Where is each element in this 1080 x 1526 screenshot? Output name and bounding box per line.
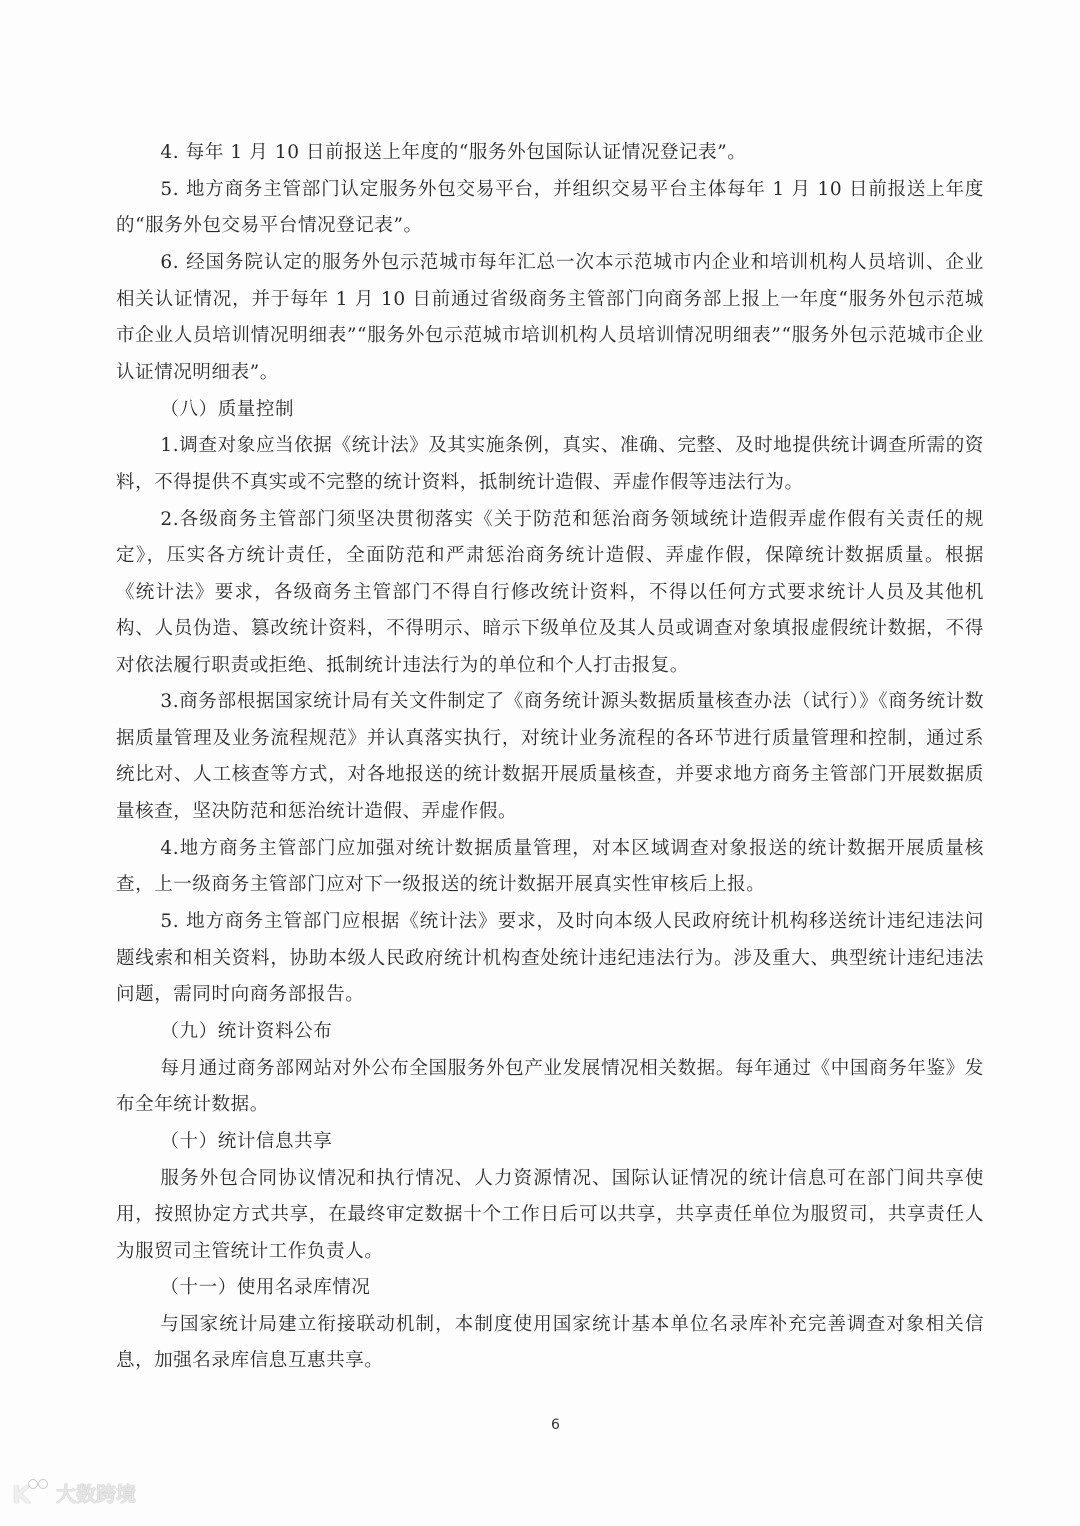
paragraph-quality-4: 4.地方商务主管部门应加强对统计数据质量管理，对本区域调查对象报送的统计数据开展… xyxy=(116,831,984,904)
paragraph-quality-2: 2.各级商务主管部门须坚决贯彻落实《关于防范和惩治商务领域统计造假弄虚作假有关责… xyxy=(116,502,984,685)
paragraph-item-5-trading-platform: 5. 地方商务主管部门认定服务外包交易平台，并组织交易平台主体每年 1 月 10… xyxy=(116,172,984,245)
page-number: 6 xyxy=(551,1417,560,1433)
paragraph-quality-1: 1.调查对象应当依据《统计法》及其实施条例，真实、准确、完整、及时地提供统计调查… xyxy=(116,428,984,501)
section-heading-data-publication: （九）统计资料公布 xyxy=(116,1014,984,1051)
paragraph-item-6-demo-city: 6. 经国务院认定的服务外包示范城市每年汇总一次本示范城市内企业和培训机构人员培… xyxy=(116,245,984,391)
document-body: 4. 每年 1 月 10 日前报送上年度的“服务外包国际认证情况登记表”。 5.… xyxy=(116,135,984,1380)
document-page: 4. 每年 1 月 10 日前报送上年度的“服务外包国际认证情况登记表”。 5.… xyxy=(0,0,1080,1526)
watermark-text: 大数跨境 xyxy=(56,1478,136,1507)
section-heading-quality-control: （八）质量控制 xyxy=(116,392,984,429)
watermark: K 大数跨境 xyxy=(12,1478,136,1507)
paragraph-info-sharing: 服务外包合同协议情况和执行情况、人力资源情况、国际认证情况的统计信息可在部门间共… xyxy=(116,1161,984,1271)
section-heading-info-sharing: （十）统计信息共享 xyxy=(116,1124,984,1161)
paragraph-quality-5: 5. 地方商务主管部门应根据《统计法》要求，及时向本级人民政府统计机构移送统计违… xyxy=(116,904,984,1014)
paragraph-item-4-intl-certification: 4. 每年 1 月 10 日前报送上年度的“服务外包国际认证情况登记表”。 xyxy=(116,135,984,172)
paragraph-quality-3: 3.商务部根据国家统计局有关文件制定了《商务统计源头数据质量核查办法（试行）》《… xyxy=(116,684,984,830)
paragraph-directory-usage: 与国家统计局建立衔接联动机制，本制度使用国家统计基本单位名录库补充完善调查对象相… xyxy=(116,1307,984,1380)
section-heading-directory-usage: （十一）使用名录库情况 xyxy=(116,1270,984,1307)
paragraph-data-publication: 每月通过商务部网站对外公布全国服务外包产业发展情况相关数据。每年通过《中国商务年… xyxy=(116,1051,984,1124)
kr-logo-icon: K xyxy=(12,1479,50,1507)
